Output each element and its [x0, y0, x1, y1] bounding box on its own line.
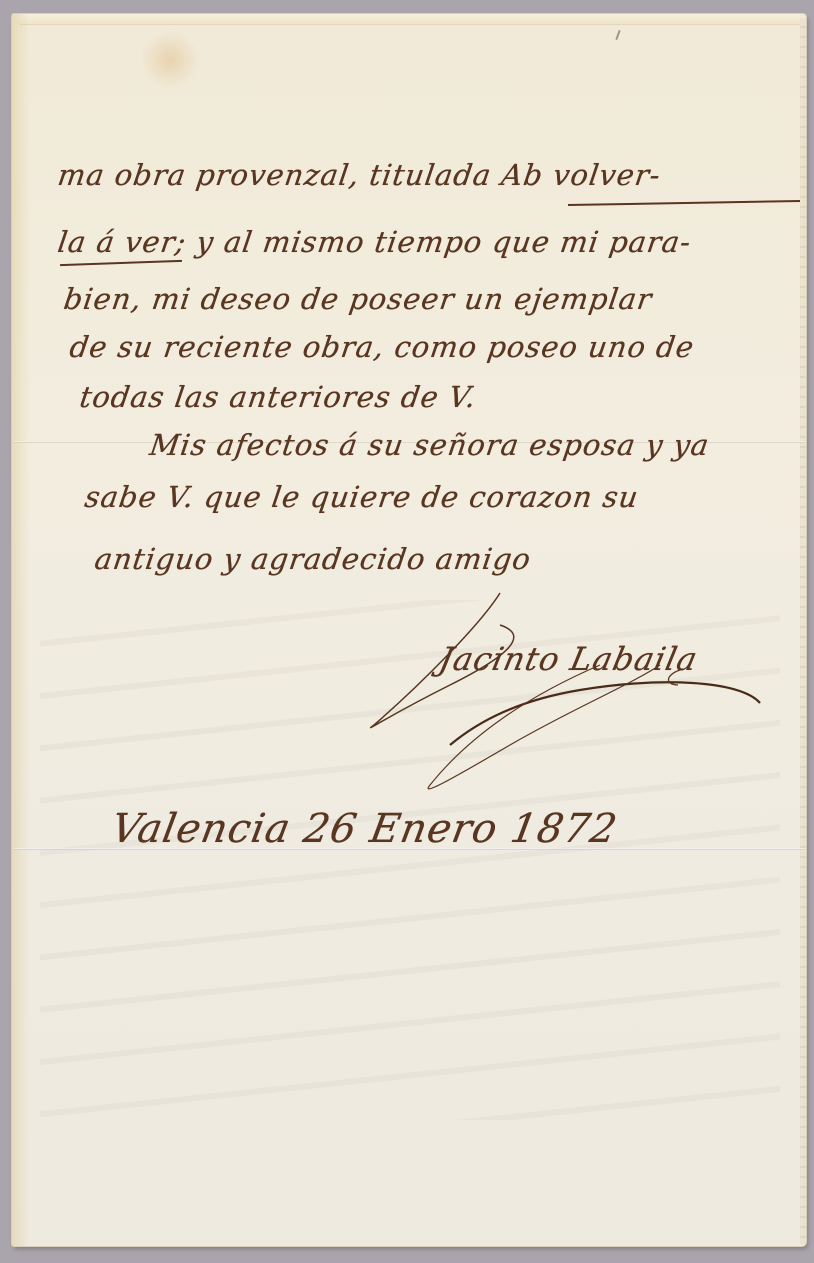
- letter-line-6: Mis afectos á su señora esposa y ya: [148, 428, 712, 462]
- letter-line-5: todas las anteriores de V.: [78, 380, 479, 414]
- paper-top-edge: [20, 14, 800, 25]
- paper-stain: [140, 30, 200, 90]
- paper-left-edge-shade: [12, 14, 30, 1246]
- letter-line-2: la á ver; y al mismo tiempo que mi para-: [56, 225, 694, 259]
- paper-right-torn-edge: [800, 18, 806, 1244]
- place-and-date: Valencia 26 Enero 1872: [108, 806, 621, 852]
- signature: Jacinto Labaila: [436, 640, 701, 678]
- letter-line-8: antiguo y agradecido amigo: [93, 542, 534, 576]
- letter-line-4: de su reciente obra, como poseo uno de: [68, 330, 697, 364]
- letter-line-3: bien, mi deseo de poseer un ejemplar: [62, 282, 655, 316]
- letter-line-1: ma obra provenzal, titulada Ab volver-: [56, 158, 664, 192]
- signature-flourish: [360, 585, 780, 805]
- letter-line-7: sabe V. que le quiere de corazon su: [83, 480, 641, 514]
